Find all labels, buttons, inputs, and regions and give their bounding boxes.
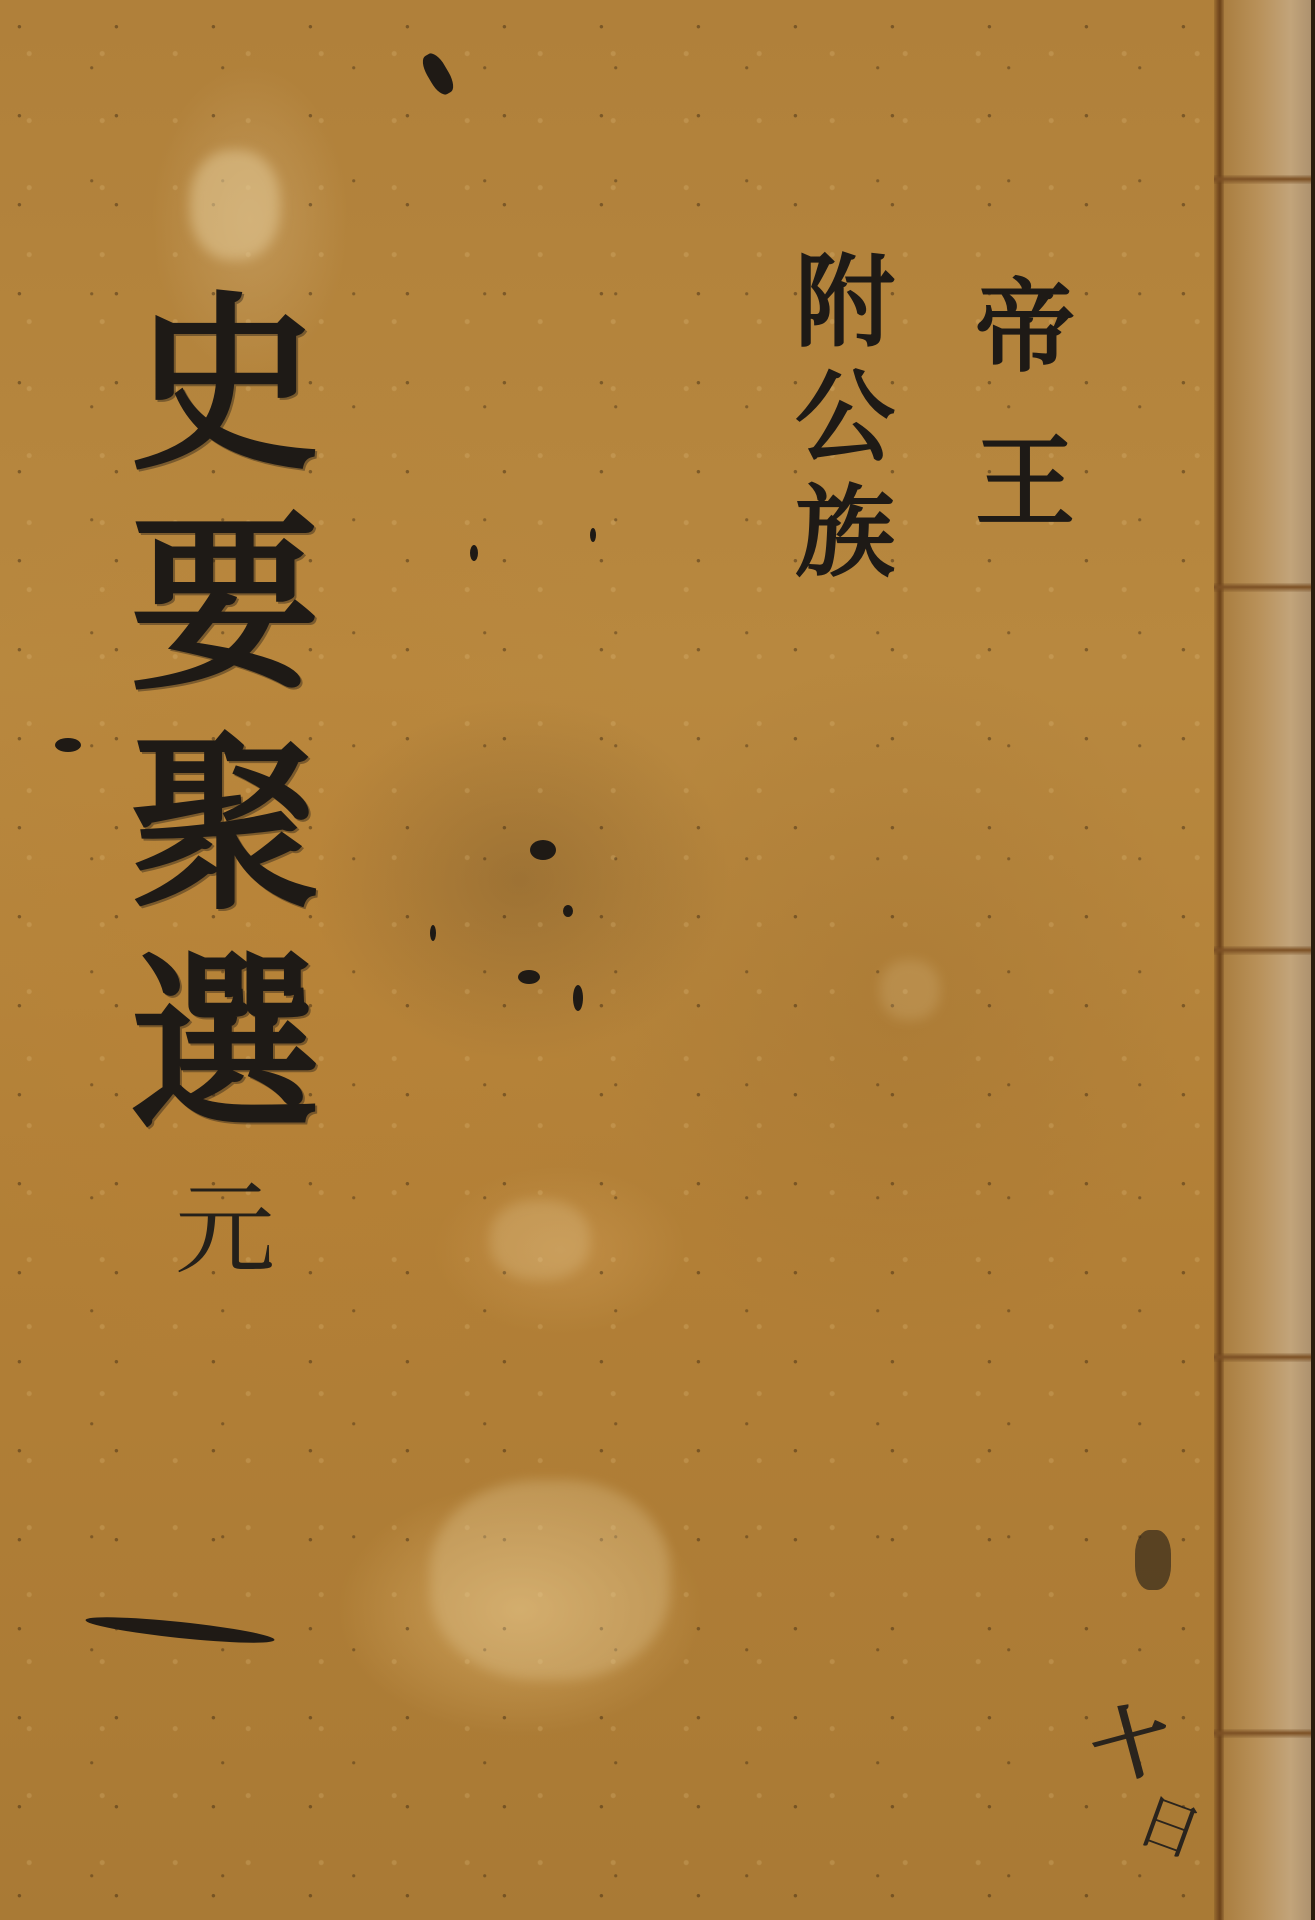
annotation-char: 族 (795, 475, 895, 590)
worn-patch (490, 1200, 590, 1280)
binding-thread (1214, 946, 1315, 955)
binding-thread (1214, 1353, 1315, 1362)
binding-thread (1214, 0, 1224, 1920)
ink-spot (430, 925, 436, 941)
title-char: 史 (130, 290, 320, 480)
ink-spot (518, 970, 540, 984)
annotation-char: 王 (975, 425, 1075, 540)
ink-spot (563, 905, 573, 917)
ink-spot (55, 738, 81, 752)
annotation-char: 附 (795, 245, 895, 360)
annotation-char: 帝 (975, 270, 1075, 385)
binding-spine (1218, 0, 1315, 1920)
worn-patch (430, 1480, 670, 1680)
title-char: 選 (130, 950, 320, 1140)
annotation-middle: 附 公 族 (795, 245, 895, 590)
title-column: 史 要 聚 選 元 (95, 290, 355, 1280)
annotation-right: 帝 王 (975, 270, 1075, 540)
annotation-char: 公 (795, 360, 895, 475)
ink-spot (573, 985, 583, 1011)
title-char: 要 (130, 510, 320, 700)
binding-thread (1214, 1729, 1315, 1738)
smudge (1135, 1530, 1171, 1590)
book-cover: 史 要 聚 選 元 附 公 族 帝 王 十 日 (0, 0, 1315, 1920)
page-edge (1311, 0, 1315, 1920)
binding-thread (1214, 175, 1315, 184)
worn-patch (190, 150, 280, 260)
ink-spot (530, 840, 556, 860)
volume-mark: 元 (175, 1180, 275, 1280)
worn-patch (880, 960, 940, 1020)
ink-spot (470, 545, 478, 561)
title-char: 聚 (130, 730, 320, 920)
binding-thread (1214, 583, 1315, 592)
ink-spot (590, 528, 596, 542)
